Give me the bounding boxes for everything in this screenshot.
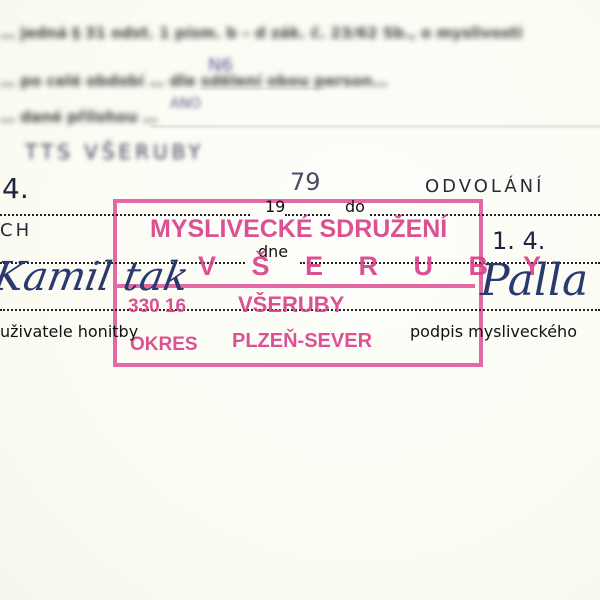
signature-left: Kamil tak — [0, 254, 192, 300]
stamp-town: VŠERUBY — [238, 292, 344, 318]
caption-signature-hunting-association: podpis mysliveckého — [410, 322, 577, 341]
handwritten-year: 79 — [290, 168, 321, 196]
blurred-handwritten-value-2: ANO — [170, 96, 201, 112]
stamp-postcode: 330 16 — [128, 296, 186, 318]
blurred-fill-line-1 — [200, 88, 325, 89]
handwritten-left-2: CH — [0, 220, 32, 241]
blurred-header-line-3: … dané přílohou … — [0, 108, 158, 126]
blurred-handwritten-value-1: N6 — [208, 55, 233, 76]
year-prefix-label: 19 — [265, 197, 285, 216]
blurred-fill-line-2 — [150, 126, 600, 127]
stamp-line-1: MYSLIVECKÉ SDRUŽENÍ — [150, 215, 447, 244]
caption-user-of-hunting-ground: uživatele honitby — [0, 322, 138, 341]
handwritten-left-1: 4. — [2, 172, 29, 205]
handwritten-until: ODVOLÁNÍ — [425, 176, 544, 197]
blurred-header-line-2: … po celé období … dle sdělení obou pers… — [0, 72, 387, 90]
stamp-district: PLZEŇ-SEVER — [232, 330, 372, 353]
blurred-handwritten-place: TTS VŠERUBY — [25, 140, 205, 164]
signature-right: Palla — [480, 255, 588, 306]
stamp-district-label: OKRES — [130, 334, 198, 356]
until-label: do — [345, 197, 365, 216]
blurred-header-line-1: … jedná § 31 odst. 1 písm. b – d zák. č.… — [0, 24, 522, 42]
